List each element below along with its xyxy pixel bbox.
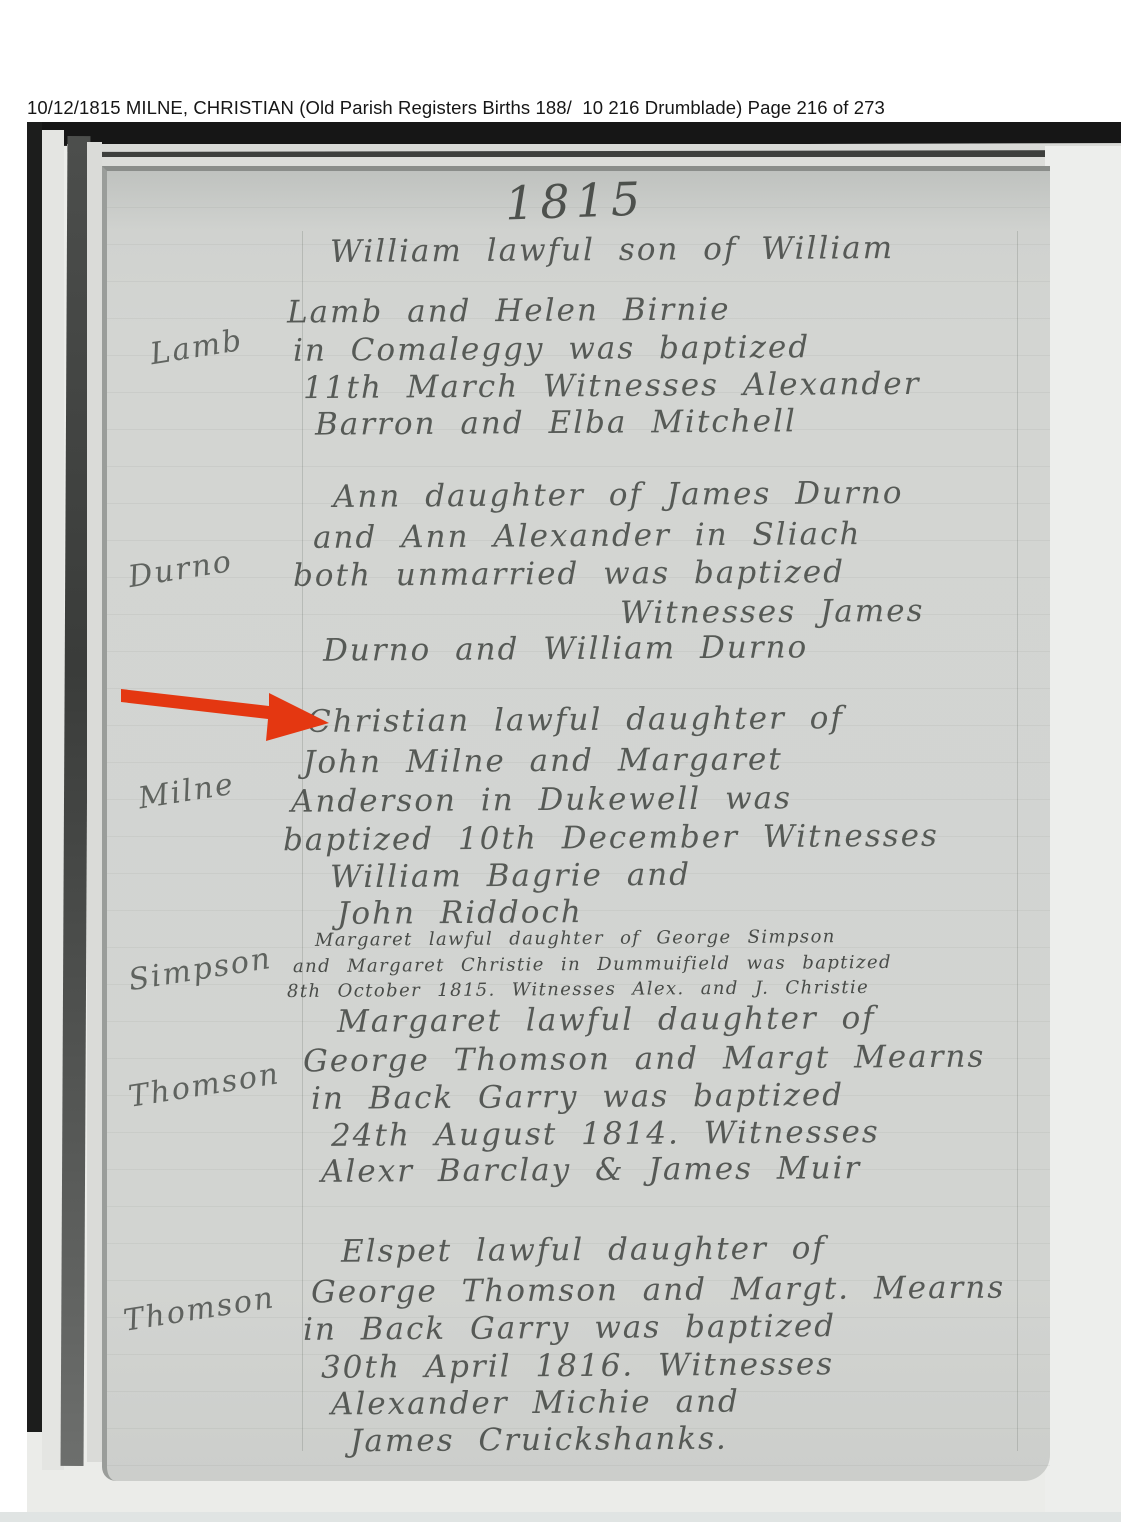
entry-line: in Back Garry was baptized: [311, 1077, 844, 1117]
margin-rule-right: [1017, 231, 1018, 1451]
entry-line: George Thomson and Margt. Mearns: [311, 1270, 1005, 1311]
caption-line-1: 10/12/1815 MILNE, CHRISTIAN (Old Parish …: [27, 96, 885, 119]
entry-line: Margaret lawful daughter of: [337, 1000, 876, 1040]
highlight-arrow: [119, 682, 334, 744]
adjacent-page-edge: [1045, 146, 1121, 1512]
entry-line: both unmarried was baptized: [293, 554, 845, 594]
entry-line: and Ann Alexander in Sliach: [313, 516, 862, 556]
entry-line: in Comaleggy was baptized: [293, 329, 810, 369]
entry-line: William Bagrie and: [330, 857, 691, 896]
entry-line: Elspet lawful daughter of: [341, 1230, 826, 1269]
entry-line: 24th August 1814. Witnesses: [331, 1114, 880, 1154]
entry-line: Durno and William Durno: [323, 629, 808, 668]
entry-line: and Margaret Christie in Dummuifield was…: [293, 952, 892, 977]
scan-background-top: [27, 122, 1121, 146]
entry-line: 30th April 1816. Witnesses: [321, 1346, 834, 1386]
entry-line: Anderson in Dukewell was: [291, 780, 792, 819]
entry-line: 11th March Witnesses Alexander: [303, 366, 921, 406]
entry-line: in Back Garry was baptized: [303, 1308, 836, 1348]
entry-line: Ann daughter of James Durno: [333, 475, 904, 515]
highlight-arrow-shape: [121, 689, 329, 741]
entry-line: Christian lawful daughter of: [307, 700, 844, 740]
entry-line: John Riddoch: [337, 894, 583, 932]
entry-line: George Thomson and Margt Mearns: [303, 1039, 986, 1080]
year-heading: 1815: [504, 172, 647, 231]
entry-line: Margaret lawful daughter of George Simps…: [315, 926, 836, 951]
entry-line: baptized 10th December Witnesses: [283, 818, 939, 859]
entry-line: Witnesses James: [620, 593, 925, 631]
entry-line: John Milne and Margaret: [303, 741, 783, 780]
entry-line: 8th October 1815. Witnesses Alex. and J.…: [287, 977, 869, 1002]
page-stack-edge: [87, 142, 102, 1462]
register-scan-image: 1815 LambWilliam lawful son of WilliamLa…: [27, 122, 1121, 1512]
entry-line: Barron and Elba Mitchell: [315, 403, 797, 442]
entry-line: William lawful son of William: [330, 230, 894, 270]
page-stack-edge-dark: [61, 136, 91, 1466]
scan-bottom-edge: [0, 1512, 1121, 1522]
scan-background-left: [27, 122, 42, 1432]
entry-line: Alexr Barclay & James Muir: [321, 1150, 862, 1190]
entry-line: Alexander Michie and: [331, 1384, 740, 1423]
entry-line: Lamb and Helen Birnie: [287, 291, 731, 330]
entry-line: James Cruickshanks.: [350, 1421, 728, 1460]
